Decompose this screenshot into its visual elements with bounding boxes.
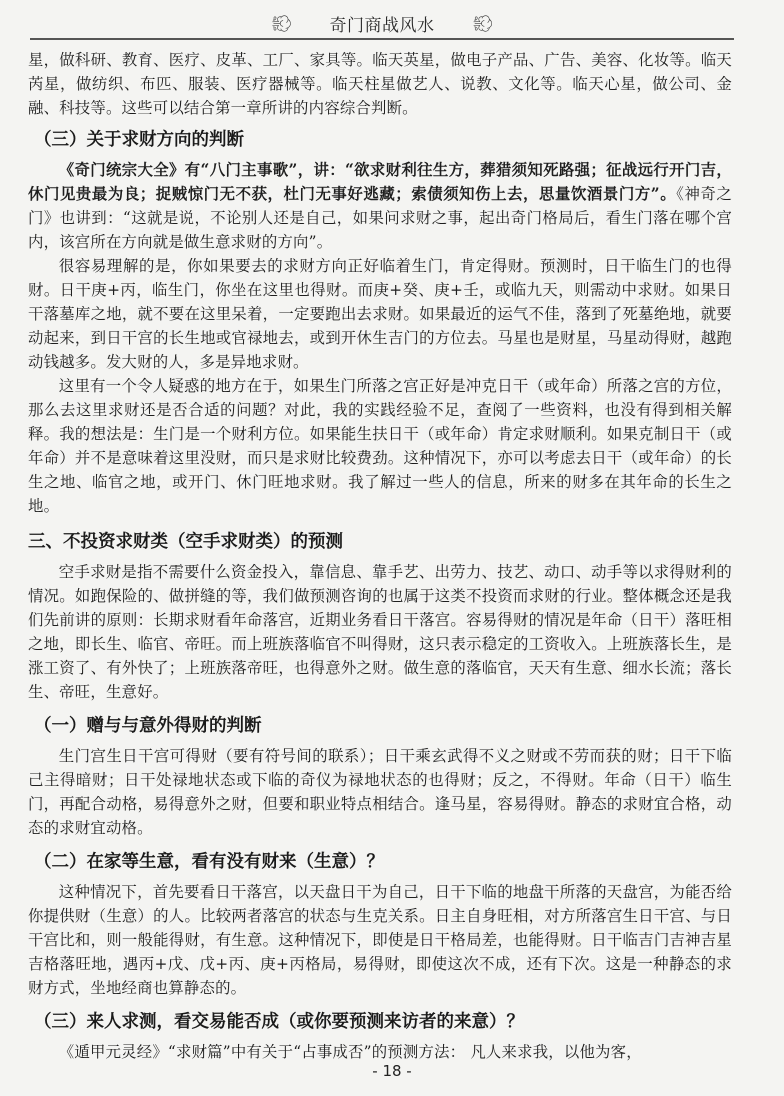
paragraph: 《遁甲元灵经》“求财篇”中有关于“占事成否”的预测方法： 凡人来求我，以他为客，: [28, 1040, 732, 1064]
running-header: 💨︎ 奇门商战风水 💨︎: [30, 8, 734, 38]
header-divider: [30, 38, 734, 40]
chapter-heading-three: 三、不投资求财类（空手求财类）的预测: [28, 528, 732, 556]
section-heading-direction: （三）关于求财方向的判断: [34, 126, 732, 154]
page-number: - 18 -: [0, 1062, 784, 1080]
paragraph: 空手求财是指不需要什么资金投入，靠信息、靠手艺、出劳力、技艺、动口、动手等以求得…: [28, 560, 732, 704]
cloud-ornament-icon: 💨︎: [473, 14, 493, 33]
paragraph-quote: 《奇门统宗大全》有“八门主事歌”，讲：“欲求财利往生方，葬猎须知死路强；征战远行…: [28, 158, 732, 254]
paragraph: 这种情况下，首先要看日干落宫，以天盘日干为自己，日干下临的地盘干所落的天盘宫，为…: [28, 880, 732, 1000]
paragraph: 这里有一个令人疑惑的地方在于，如果生门所落之宫正好是冲克日干（或年命）所落之宫的…: [28, 374, 732, 518]
page-body: 星，做科研、教育、医疗、皮革、工厂、家具等。临天英星，做电子产品、广告、美容、化…: [28, 48, 732, 1064]
paragraph-continued: 星，做科研、教育、医疗、皮革、工厂、家具等。临天英星，做电子产品、广告、美容、化…: [28, 48, 732, 120]
paragraph: 生门宫生日干宫可得财（要有符号间的联系）；日干乘玄武得不义之财或不劳而获的财；日…: [28, 744, 732, 840]
book-page: 💨︎ 奇门商战风水 💨︎ 星，做科研、教育、医疗、皮革、工厂、家具等。临天英星，…: [0, 0, 784, 1096]
running-header-title: 奇门商战风水: [330, 11, 435, 36]
paragraph: 很容易理解的是，你如果要去的求财方向正好临着生门，肯定得财。预测时，日干临生门的…: [28, 254, 732, 374]
section-heading-visitor: （三）来人求测，看交易能否成（或你要预测来访者的来意）？: [34, 1008, 732, 1036]
section-heading-home-business: （二）在家等生意，看有没有财来（生意）？: [34, 848, 732, 876]
section-heading-gift: （一）赠与与意外得财的判断: [34, 712, 732, 740]
quote-bold: 《奇门统宗大全》有“八门主事歌”，讲：“欲求财利往生方，葬猎须知死路强；征战远行…: [28, 161, 732, 203]
cloud-ornament-icon: 💨︎: [271, 14, 291, 33]
